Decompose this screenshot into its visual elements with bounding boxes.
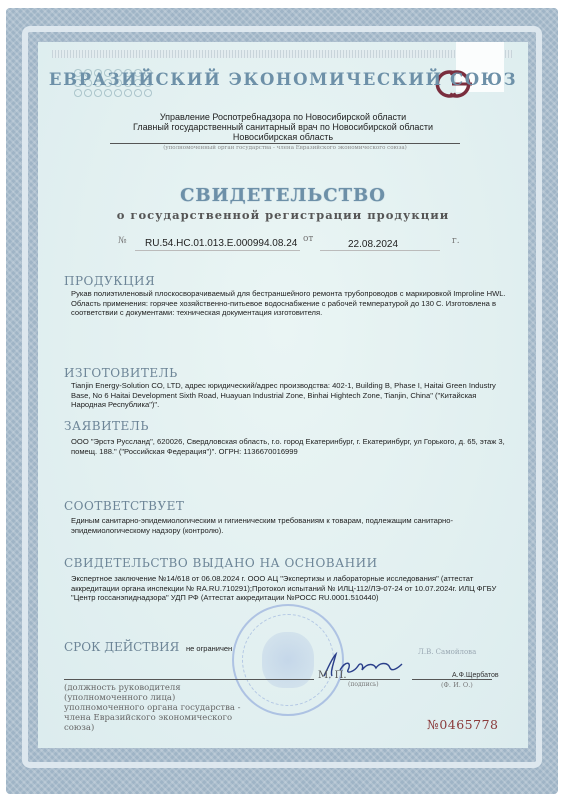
- manufacturer-heading: ИЗГОТОВИТЕЛЬ: [64, 366, 178, 380]
- position-caption: (должность руководителя (уполномоченного…: [64, 683, 244, 733]
- date-label: от: [303, 234, 313, 244]
- signature-caption: (подпись): [348, 681, 379, 688]
- manufacturer-text: Tianjin Energy-Solution CO, LTD, адрес ю…: [71, 381, 511, 410]
- authority-line: Главный государственный санитарный врач …: [0, 122, 566, 132]
- union-title: ЕВРАЗИЙСКИЙ ЭКОНОМИЧЕСКИЙ СОЮЗ: [0, 70, 566, 89]
- validity-label: СРОК ДЕЙСТВИЯ: [64, 640, 179, 654]
- signature-line: [340, 679, 400, 680]
- authority-line: Новосибирская область: [0, 132, 566, 142]
- microtext-strip: [52, 50, 512, 58]
- date-underline: [320, 250, 440, 251]
- basis-text: Экспертное заключение №14/618 от 06.08.2…: [71, 574, 511, 603]
- certificate-date: 22.08.2024: [348, 239, 398, 250]
- complies-text: Единым санитарно-эпидемиологическим и ги…: [71, 516, 511, 535]
- name-line: [412, 679, 492, 680]
- fio-caption: (Ф. И. О.): [441, 681, 473, 689]
- basis-heading: СВИДЕТЕЛЬСТВО ВЫДАНО НА ОСНОВАНИИ: [64, 556, 378, 570]
- complies-heading: СООТВЕТСТВУЕТ: [64, 499, 184, 513]
- number-underline: [135, 250, 300, 251]
- issuing-authority: Управление Роспотребнадзора по Новосибир…: [0, 112, 566, 142]
- position-line: [64, 679, 314, 680]
- applicant-text: ООО "Эрстэ Руссланд", 620026, Свердловск…: [71, 437, 511, 456]
- number-label: №: [118, 236, 127, 246]
- validity-value: не ограничен: [186, 644, 232, 653]
- certificate-number: RU.54.НС.01.013.Е.000994.08.24: [145, 238, 297, 249]
- authority-line: Управление Роспотребнадзора по Новосибир…: [0, 112, 566, 122]
- year-suffix: г.: [452, 236, 460, 246]
- document-subtitle: о государственной регистрации продукции: [0, 208, 566, 222]
- document-title: СВИДЕТЕЛЬСТВО: [0, 185, 566, 206]
- official-name: Л.В. Самойлова: [418, 648, 476, 656]
- signer-name: А.Ф.Щербатов: [452, 672, 499, 679]
- authority-caption: (уполномоченный орган государства - член…: [110, 145, 460, 151]
- serial-number: №0465778: [427, 717, 499, 732]
- divider: [110, 143, 460, 144]
- applicant-heading: ЗАЯВИТЕЛЬ: [64, 419, 149, 433]
- product-heading: ПРОДУКЦИЯ: [64, 274, 155, 288]
- product-text: Рукав полиэтиленовый плоскосворачиваемый…: [71, 289, 511, 318]
